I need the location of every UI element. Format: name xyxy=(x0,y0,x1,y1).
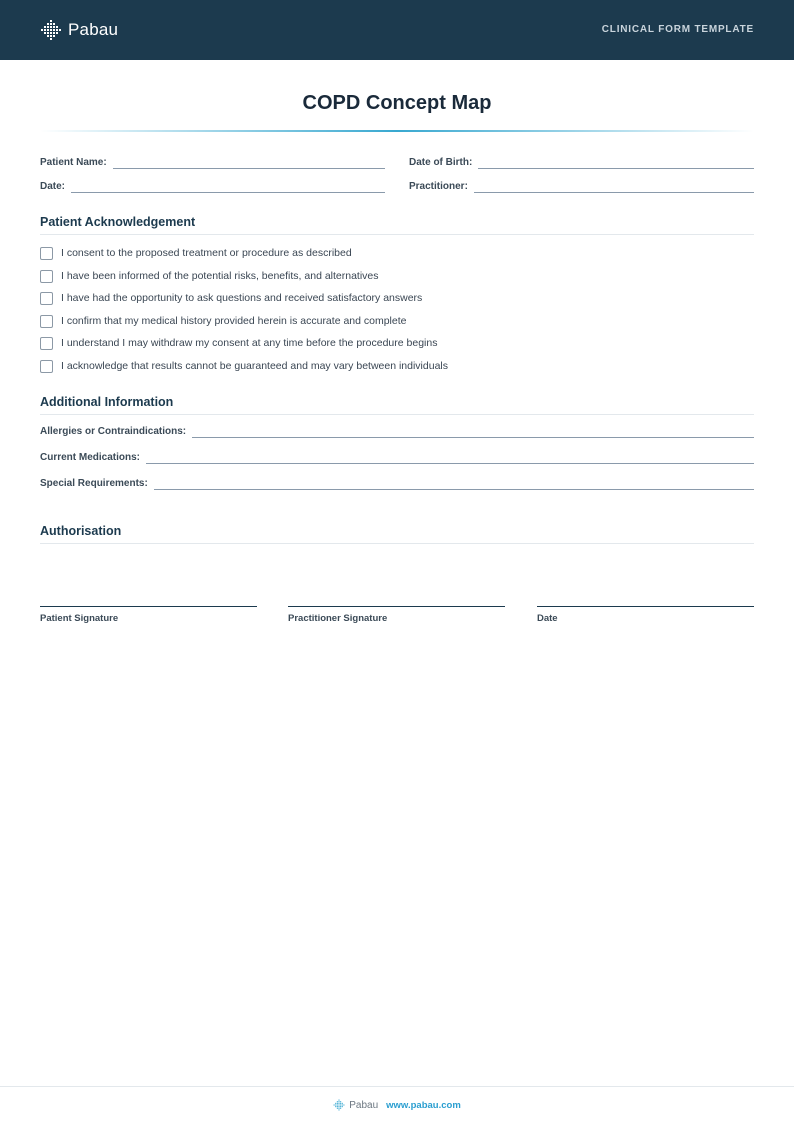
field-label: Practitioner: xyxy=(409,181,468,193)
acknowledgement-item[interactable]: I consent to the proposed treatment or p… xyxy=(40,246,352,260)
checkbox-label: I have been informed of the potential ri… xyxy=(61,270,379,282)
practitioner-signature-line[interactable] xyxy=(288,606,505,607)
checkbox[interactable] xyxy=(40,315,53,328)
checkbox[interactable] xyxy=(40,360,53,373)
brand-name: Pabau xyxy=(68,20,118,40)
acknowledgement-item[interactable]: I acknowledge that results cannot be gua… xyxy=(40,359,448,373)
checkbox[interactable] xyxy=(40,292,53,305)
field-label: Special Requirements: xyxy=(40,478,148,490)
practitioner-signature-block[interactable]: Practitioner Signature xyxy=(288,606,505,624)
patient-name-input-line[interactable] xyxy=(113,168,385,169)
section-heading-acknowledgement: Patient Acknowledgement xyxy=(40,215,754,235)
current-medications-field[interactable]: Current Medications: xyxy=(40,450,754,464)
checkbox-label: I consent to the proposed treatment or p… xyxy=(61,247,352,259)
checkbox-label: I confirm that my medical history provid… xyxy=(61,315,407,327)
checkbox-label: I acknowledge that results cannot be gua… xyxy=(61,360,448,372)
brand: Pabau xyxy=(40,19,118,41)
checkbox[interactable] xyxy=(40,270,53,283)
signature-date-line[interactable] xyxy=(537,606,754,607)
checkbox-label: I understand I may withdraw my consent a… xyxy=(61,337,437,349)
section-heading-additional-information: Additional Information xyxy=(40,395,754,415)
field-label: Allergies or Contraindications: xyxy=(40,426,186,438)
header-bar: Pabau CLINICAL FORM TEMPLATE xyxy=(0,0,794,60)
pabau-logo-icon xyxy=(333,1099,345,1111)
footer-divider xyxy=(0,1086,794,1087)
signature-label: Patient Signature xyxy=(40,613,257,624)
field-label: Date: xyxy=(40,181,65,193)
checkbox[interactable] xyxy=(40,337,53,350)
website-link[interactable]: www.pabau.com xyxy=(386,1100,461,1111)
practitioner-input-line[interactable] xyxy=(474,192,754,193)
date-input-line[interactable] xyxy=(71,192,385,193)
special-requirements-field[interactable]: Special Requirements: xyxy=(40,476,754,490)
signature-label: Date xyxy=(537,613,754,624)
acknowledgement-item[interactable]: I confirm that my medical history provid… xyxy=(40,314,407,328)
section-heading-authorisation: Authorisation xyxy=(40,524,754,544)
footer-brand-name: Pabau xyxy=(349,1100,378,1111)
document-type-label: CLINICAL FORM TEMPLATE xyxy=(602,24,754,35)
checkbox[interactable] xyxy=(40,247,53,260)
allergies-field[interactable]: Allergies or Contraindications: xyxy=(40,424,754,438)
title-divider xyxy=(40,130,754,132)
date-of-birth-input-line[interactable] xyxy=(478,168,754,169)
date-of-birth-field[interactable]: Date of Birth: xyxy=(409,155,754,169)
current-medications-input-line[interactable] xyxy=(146,463,754,464)
pabau-logo-icon xyxy=(40,19,62,41)
date-field[interactable]: Date: xyxy=(40,179,385,193)
acknowledgement-item[interactable]: I understand I may withdraw my consent a… xyxy=(40,336,437,350)
allergies-input-line[interactable] xyxy=(192,437,754,438)
signature-label: Practitioner Signature xyxy=(288,613,505,624)
acknowledgement-item[interactable]: I have been informed of the potential ri… xyxy=(40,269,379,283)
field-label: Patient Name: xyxy=(40,157,107,169)
signature-date-block[interactable]: Date xyxy=(537,606,754,624)
patient-signature-line[interactable] xyxy=(40,606,257,607)
acknowledgement-item[interactable]: I have had the opportunity to ask questi… xyxy=(40,291,422,305)
practitioner-field[interactable]: Practitioner: xyxy=(409,179,754,193)
checkbox-label: I have had the opportunity to ask questi… xyxy=(61,292,422,304)
field-label: Date of Birth: xyxy=(409,157,472,169)
field-label: Current Medications: xyxy=(40,452,140,464)
page-title: COPD Concept Map xyxy=(0,92,794,115)
patient-name-field[interactable]: Patient Name: xyxy=(40,155,385,169)
special-requirements-input-line[interactable] xyxy=(154,489,754,490)
footer: Pabau www.pabau.com xyxy=(0,1099,794,1111)
patient-signature-block[interactable]: Patient Signature xyxy=(40,606,257,624)
